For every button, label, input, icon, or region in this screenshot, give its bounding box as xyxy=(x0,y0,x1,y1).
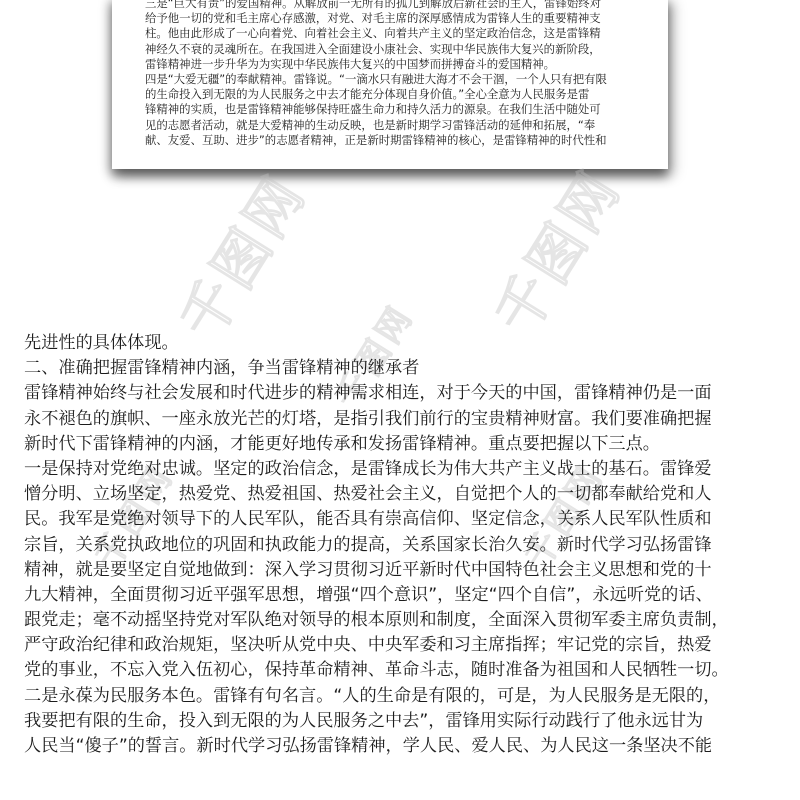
document-preview-card: 三是“巨大有责”的爱国精神。从解放前一无所有的孤儿到解放后新社会的主人，雷锋始终… xyxy=(112,0,668,169)
body-line: 我要把有限的生命，投入到无限的为人民服务之中去”，雷锋用实际行动践行了他永远甘为 xyxy=(24,709,784,734)
preview-line: 神经久不衰的灵魂所在。在我国进入全面建设小康社会、实现中华民族伟大复兴的新阶段， xyxy=(145,42,650,57)
body-line: 党的事业，不忘入党入伍初心，保持革命精神、革命斗志，随时准备为祖国和人民牺牲一切… xyxy=(24,658,784,683)
body-line: 宗旨，关系党执政地位的巩固和执政能力的提高，关系国家长治久安。新时代学习弘扬雷锋 xyxy=(24,533,784,558)
preview-line: 见的志愿者活动，就是大爱精神的生动反映，也是新时期学习雷锋活动的延伸和拓展，“奉 xyxy=(145,118,650,133)
preview-line: 柱。他由此形成了一心向着党、向着社会主义、向着共产主义的坚定政治信念，这是雷锋精 xyxy=(145,26,650,41)
body-line: 严守政治纪律和政治规矩，坚决听从党中央、中央军委和习主席指挥；牢记党的宗旨，热爱 xyxy=(24,633,784,658)
body-line: 一是保持对党绝对忠诚。坚定的政治信念，是雷锋成长为伟大共产主义战士的基石。雷锋爱 xyxy=(24,457,784,482)
preview-line: 四是“大爱无疆”的奉献精神。雷锋说。“一滴水只有融进大海才不会干涸，一个人只有把… xyxy=(145,72,650,87)
watermark: 千图网 xyxy=(158,157,321,352)
body-line: 跟党走；毫不动摇坚持党对军队绝对领导的根本原则和制度，全面深入贯彻军委主席负责制… xyxy=(24,608,784,633)
document-body: 先进性的具体体现。 二、准确把握雷锋精神内涵，争当雷锋精神的继承者 雷锋精神始终… xyxy=(24,331,784,759)
body-line: 新时代下雷锋精神的内涵，才能更好地传承和发扬雷锋精神。重点要把握以下三点。 xyxy=(24,432,784,457)
body-line: 憎分明、立场坚定，热爱党、热爱祖国、热爱社会主义，自觉把个人的一切都奉献给党和人 xyxy=(24,482,784,507)
section-heading: 二、准确把握雷锋精神内涵，争当雷锋精神的继承者 xyxy=(24,356,784,381)
body-line: 永不褪色的旗帜、一座永放光芒的灯塔，是指引我们前行的宝贵精神财富。我们要准确把握 xyxy=(24,407,784,432)
watermark: 千图网 xyxy=(473,152,636,347)
body-line: 先进性的具体体现。 xyxy=(24,331,784,356)
preview-line: 雷锋精神进一步升华为为实现中华民族伟大复兴的中国梦而拼搏奋斗的爱国精神。 xyxy=(145,57,650,72)
body-line: 精神，就是要坚定自觉地做到：深入学习贯彻习近平新时代中国特色社会主义思想和党的十 xyxy=(24,558,784,583)
preview-line: 献、友爱、互助、进步”的志愿者精神，正是新时期雷锋精神的核心，是雷锋精神的时代性… xyxy=(145,133,650,148)
body-line: 雷锋精神始终与社会发展和时代进步的精神需求相连，对于今天的中国，雷锋精神仍是一面 xyxy=(24,381,784,406)
preview-line: 锋精神的实质，也是雷锋精神能够保持旺盛生命力和持久活力的源泉。在我们生活中随处可 xyxy=(145,102,650,117)
body-line: 二是永葆为民服务本色。雷锋有句名言。“人的生命是有限的，可是，为人民服务是无限的… xyxy=(24,684,784,709)
preview-line: 的生命投入到无限的为人民服务之中去才能充分体现自身价值。”全心全意为人民服务是雷 xyxy=(145,87,650,102)
preview-card-text: 三是“巨大有责”的爱国精神。从解放前一无所有的孤儿到解放后新社会的主人，雷锋始终… xyxy=(145,0,650,148)
document-page: 三是“巨大有责”的爱国精神。从解放前一无所有的孤儿到解放后新社会的主人，雷锋始终… xyxy=(0,0,800,800)
body-line: 人民当“傻子”的誓言。新时代学习弘扬雷锋精神，学人民、爱人民、为人民这一条坚决不… xyxy=(24,734,784,759)
preview-line: 三是“巨大有责”的爱国精神。从解放前一无所有的孤儿到解放后新社会的主人，雷锋始终… xyxy=(145,0,650,11)
body-line: 九大精神，全面贯彻习近平强军思想，增强“四个意识”，坚定“四个自信”，永远听党的… xyxy=(24,583,784,608)
preview-line: 给予他一切的党和毛主席心存感激，对党、对毛主席的深厚感情成为雷锋人生的重要精神支 xyxy=(145,11,650,26)
body-line: 民。我军是党绝对领导下的人民军队，能否具有崇高信仰、坚定信念，关系人民军队性质和 xyxy=(24,507,784,532)
